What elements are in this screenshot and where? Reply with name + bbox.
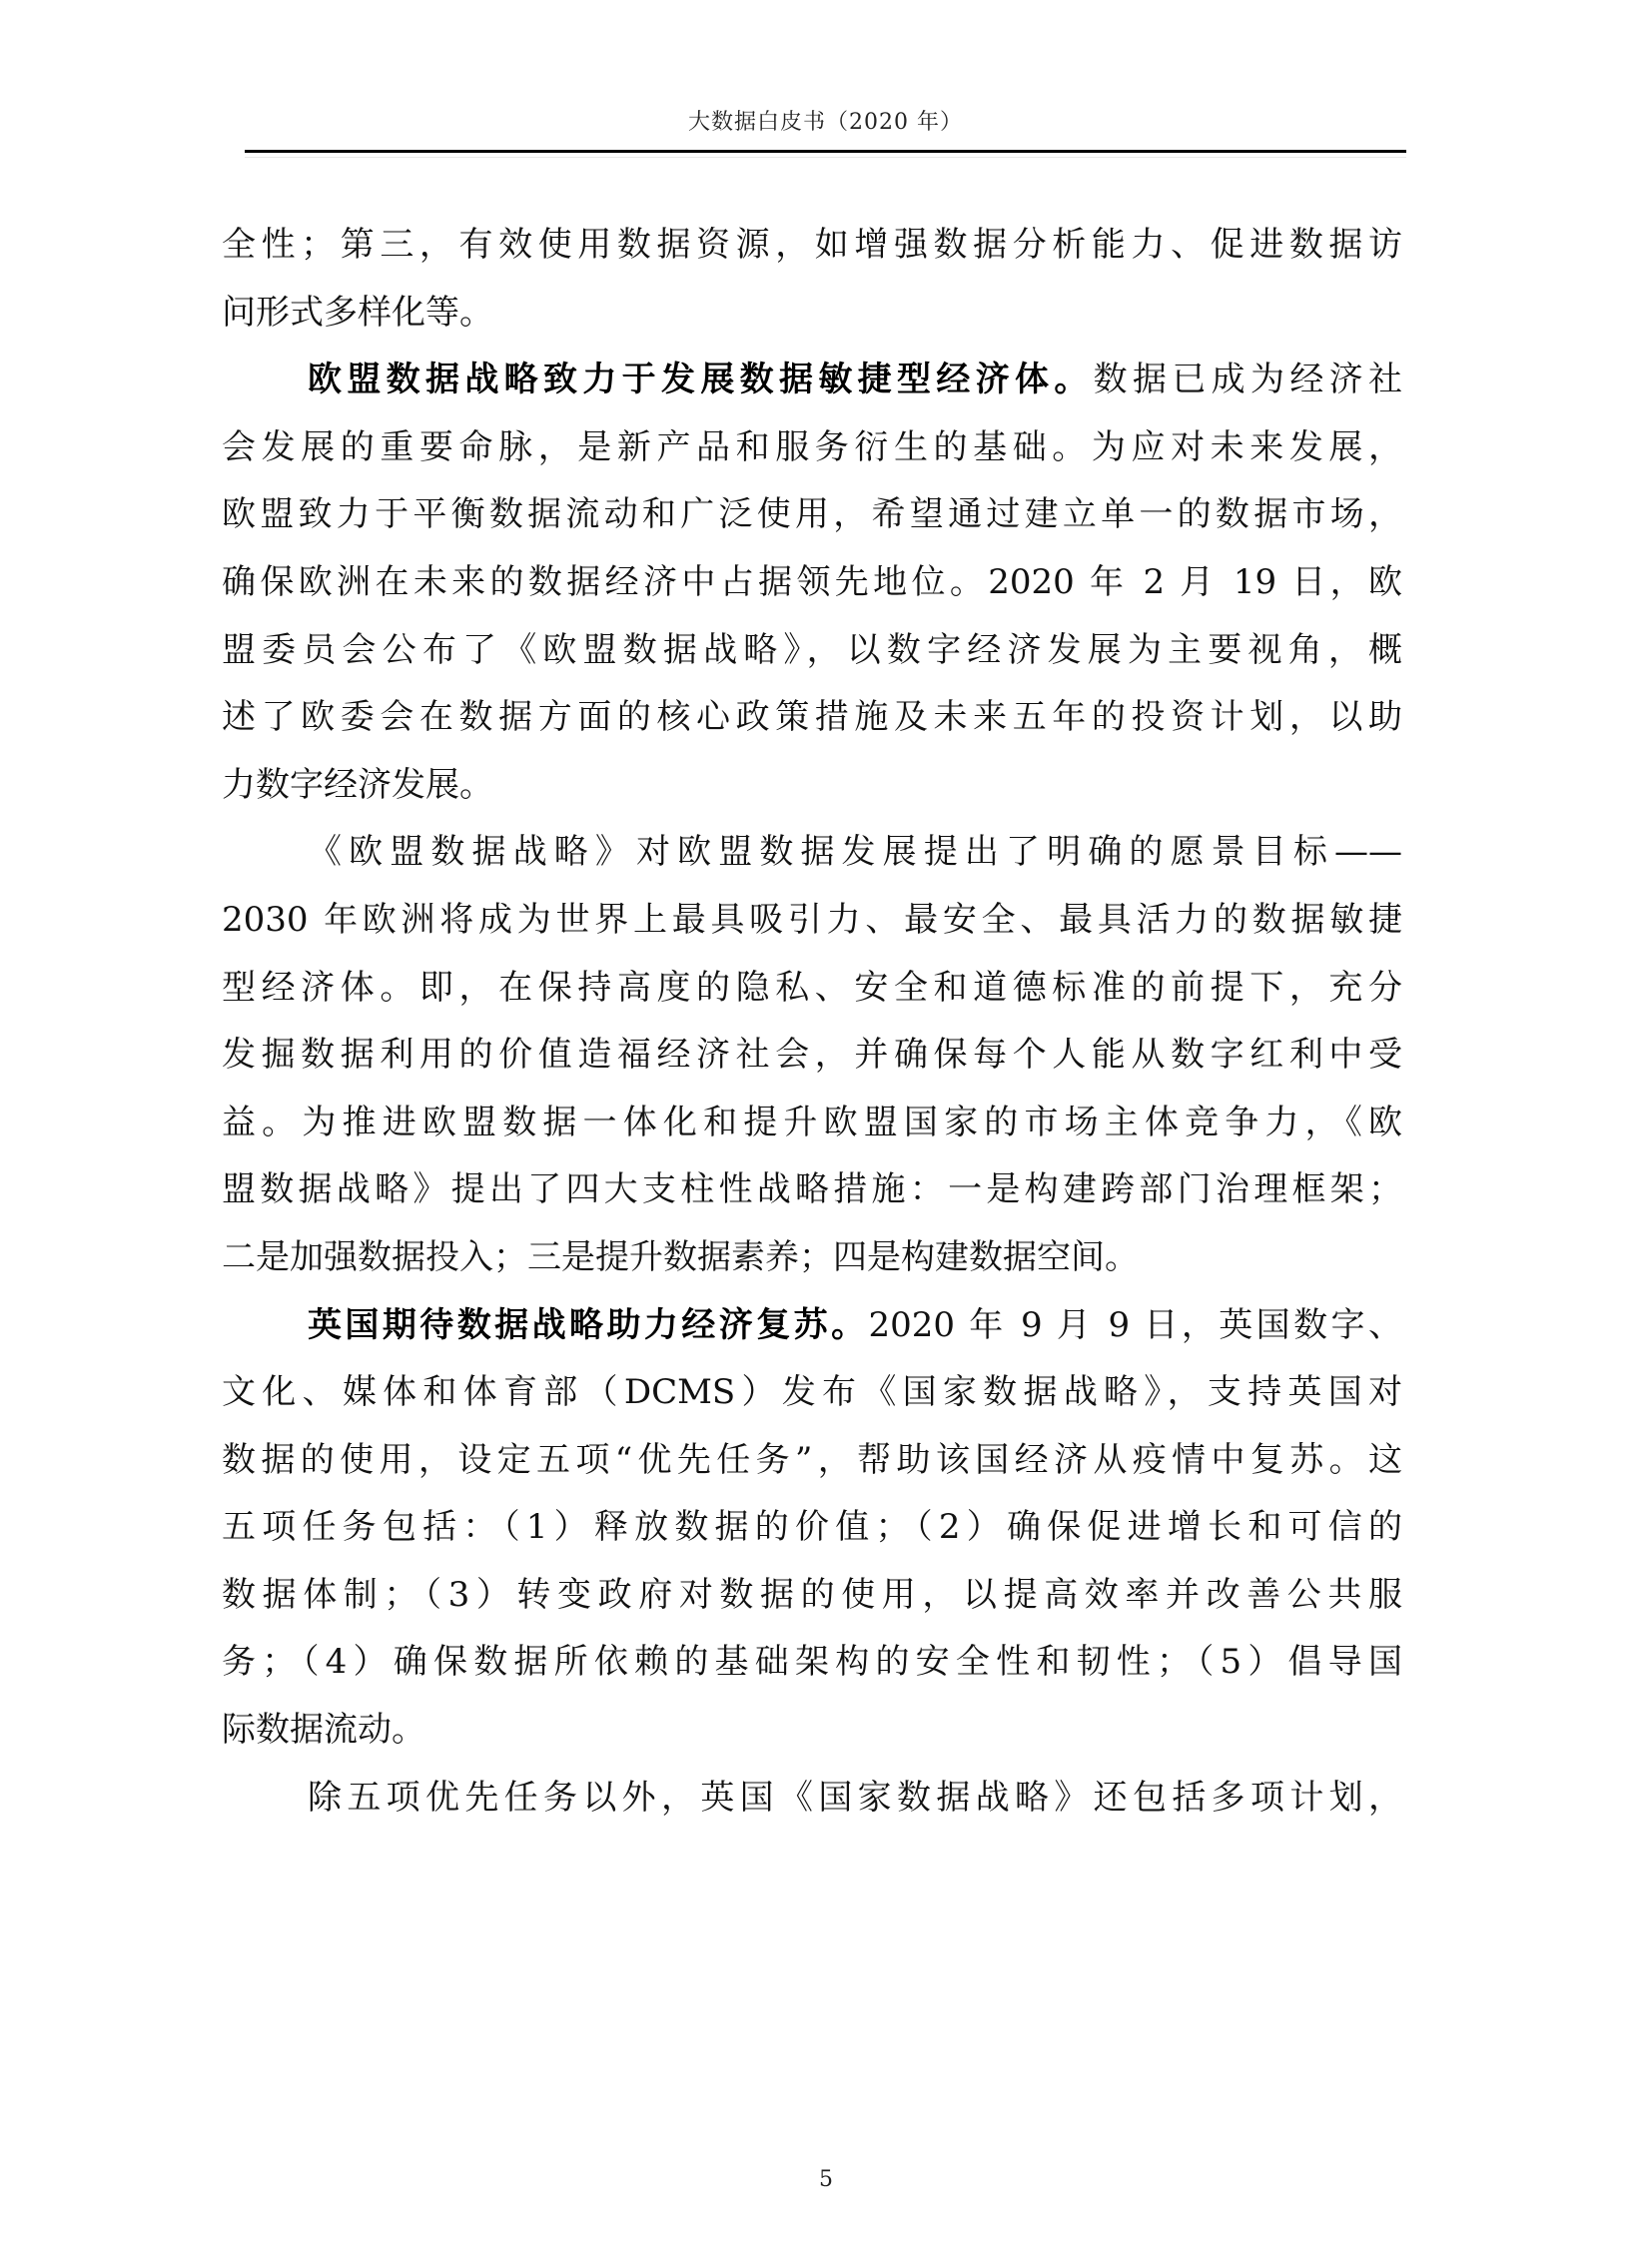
text-line: 务；（4）确保数据所依赖的基础架构的安全性和韧性；（5）倡导国 [222, 1629, 1402, 1697]
text-line: 《欧盟数据战略》对欧盟数据发展提出了明确的愿景目标—— [222, 819, 1402, 887]
header-rule-shadow [245, 157, 1406, 158]
text-line: 数据的使用，设定五项“优先任务”，帮助该国经济从疫情中复苏。这 [222, 1427, 1402, 1495]
text-line: 力数字经济发展。 [222, 752, 1402, 820]
text-line: 述了欧委会在数据方面的核心政策措施及未来五年的投资计划，以助 [222, 684, 1402, 752]
text-line: 盟数据战略》提出了四大支柱性战略措施：一是构建跨部门治理框架； [222, 1156, 1402, 1224]
paragraph-lead-bold: 英国期待数据战略助力经济复苏。 [308, 1305, 869, 1345]
text-line: 除五项优先任务以外，英国《国家数据战略》还包括多项计划， [222, 1765, 1402, 1833]
text-line: 问形式多样化等。 [222, 280, 1402, 348]
text-line: 型经济体。即，在保持高度的隐私、安全和道德标准的前提下，充分 [222, 955, 1402, 1023]
text-line: 二是加强数据投入；三是提升数据素养；四是构建数据空间。 [222, 1224, 1402, 1292]
paragraph-eu-lead-line: 欧盟数据战略致力于发展数据敏捷型经济体。数据已成为经济社 [222, 347, 1402, 414]
paragraph-uk-lead-line: 英国期待数据战略助力经济复苏。2020 年 9 月 9 日，英国数字、 [222, 1292, 1402, 1360]
text-run: 2020 年 9 月 9 日，英国数字、 [869, 1305, 1402, 1345]
text-line: 确保欧洲在未来的数据经济中占据领先地位。2020 年 2 月 19 日，欧 [222, 549, 1402, 617]
running-header: 大数据白皮书（2020 年） [245, 108, 1406, 138]
text-line: 益。为推进欧盟数据一体化和提升欧盟国家的市场主体竞争力，《欧 [222, 1090, 1402, 1157]
page-number: 5 [0, 2167, 1652, 2192]
text-line: 全性；第三，有效使用数据资源，如增强数据分析能力、促进数据访 [222, 212, 1402, 280]
text-line: 际数据流动。 [222, 1697, 1402, 1765]
text-line: 文化、媒体和体育部（DCMS）发布《国家数据战略》，支持英国对 [222, 1359, 1402, 1427]
paragraph-lead-bold: 欧盟数据战略致力于发展数据敏捷型经济体。 [308, 360, 1094, 399]
text-line: 2030 年欧洲将成为世界上最具吸引力、最安全、最具活力的数据敏捷 [222, 887, 1402, 955]
text-line: 欧盟致力于平衡数据流动和广泛使用，希望通过建立单一的数据市场， [222, 481, 1402, 549]
header-rule [245, 150, 1406, 153]
text-line: 会发展的重要命脉，是新产品和服务衍生的基础。为应对未来发展， [222, 414, 1402, 482]
text-line: 数据体制；（3）转变政府对数据的使用，以提高效率并改善公共服 [222, 1562, 1402, 1630]
text-line: 发掘数据利用的价值造福经济社会，并确保每个人能从数字红利中受 [222, 1022, 1402, 1090]
text-run: 数据已成为经济社 [1094, 360, 1402, 399]
text-line: 五项任务包括：（1）释放数据的价值；（2）确保促进增长和可信的 [222, 1494, 1402, 1562]
body-text: 全性；第三，有效使用数据资源，如增强数据分析能力、促进数据访 问形式多样化等。 … [222, 212, 1402, 1832]
text-line: 盟委员会公布了《欧盟数据战略》，以数字经济发展为主要视角，概 [222, 617, 1402, 685]
